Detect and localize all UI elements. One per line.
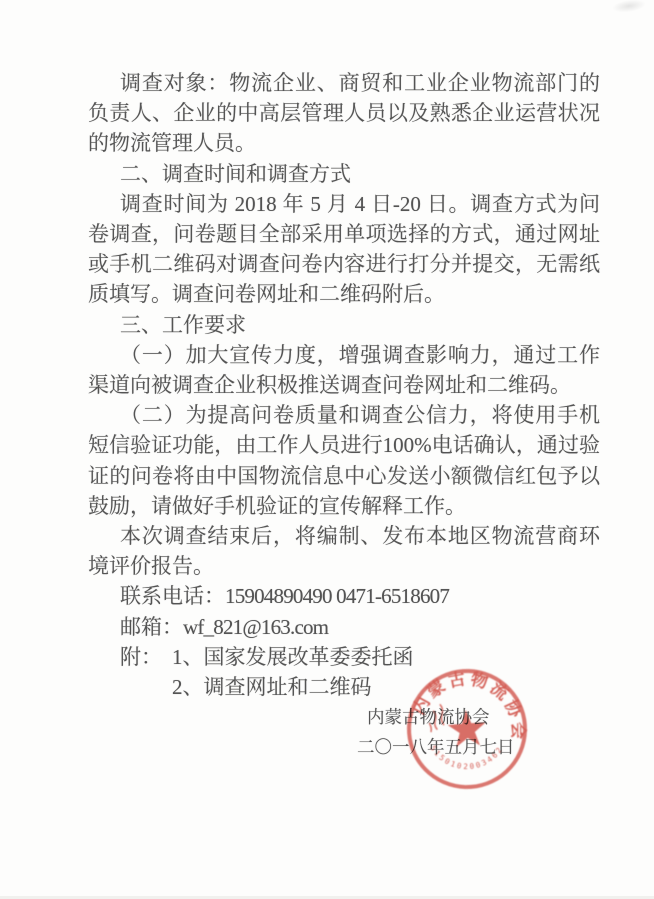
signature-organization: 内蒙古物流协会 <box>88 702 600 732</box>
contact-phone-line: 联系电话：15904890490 0471-6518607 <box>88 581 600 611</box>
paragraph-requirement-2: （二）为提高问卷质量和调查公信力，将使用手机短信验证功能，由工作人员进行100%… <box>88 400 600 521</box>
attachments-label: 附： <box>120 642 172 672</box>
contact-email-address: wf_821@163.com <box>183 615 328 639</box>
section-heading-survey-time: 二、调查时间和调查方式 <box>88 159 600 189</box>
attachments-line-1: 附：1、国家发展改革委委托函 <box>88 642 600 672</box>
scanned-document-page: 调查对象：物流企业、商贸和工业企业物流部门的负责人、企业的中高层管理人员以及熟悉… <box>0 0 654 899</box>
paragraph-report-plan: 本次调查结束后，将编制、发布本地区物流营商环境评价报告。 <box>88 521 600 581</box>
section-heading-work-requirements: 三、工作要求 <box>88 310 600 340</box>
contact-email-line: 邮箱：wf_821@163.com <box>88 612 600 642</box>
scan-artifact-smudge <box>611 0 646 14</box>
attachment-item-2: 2、调查网址和二维码 <box>172 675 372 699</box>
signature-date: 二〇一八年五月七日 <box>88 732 600 762</box>
document-body: 调查对象：物流企业、商贸和工业企业物流部门的负责人、企业的中高层管理人员以及熟悉… <box>88 68 600 763</box>
contact-phone-numbers: 15904890490 0471-6518607 <box>225 584 449 608</box>
attachment-item-1: 1、国家发展改革委委托函 <box>172 645 414 669</box>
paragraph-survey-time: 调查时间为 2018 年 5 月 4 日-20 日。调查方式为问卷调查，问卷题目… <box>88 189 600 310</box>
contact-phone-label: 联系电话： <box>120 584 225 608</box>
paragraph-requirement-1: （一）加大宣传力度，增强调查影响力，通过工作渠道向被调查企业积极推送调查问卷网址… <box>88 340 600 400</box>
contact-email-label: 邮箱： <box>120 615 183 639</box>
paragraph-survey-targets: 调查对象：物流企业、商贸和工业企业物流部门的负责人、企业的中高层管理人员以及熟悉… <box>88 68 600 159</box>
attachments-line-2: 2、调查网址和二维码 <box>88 672 600 702</box>
